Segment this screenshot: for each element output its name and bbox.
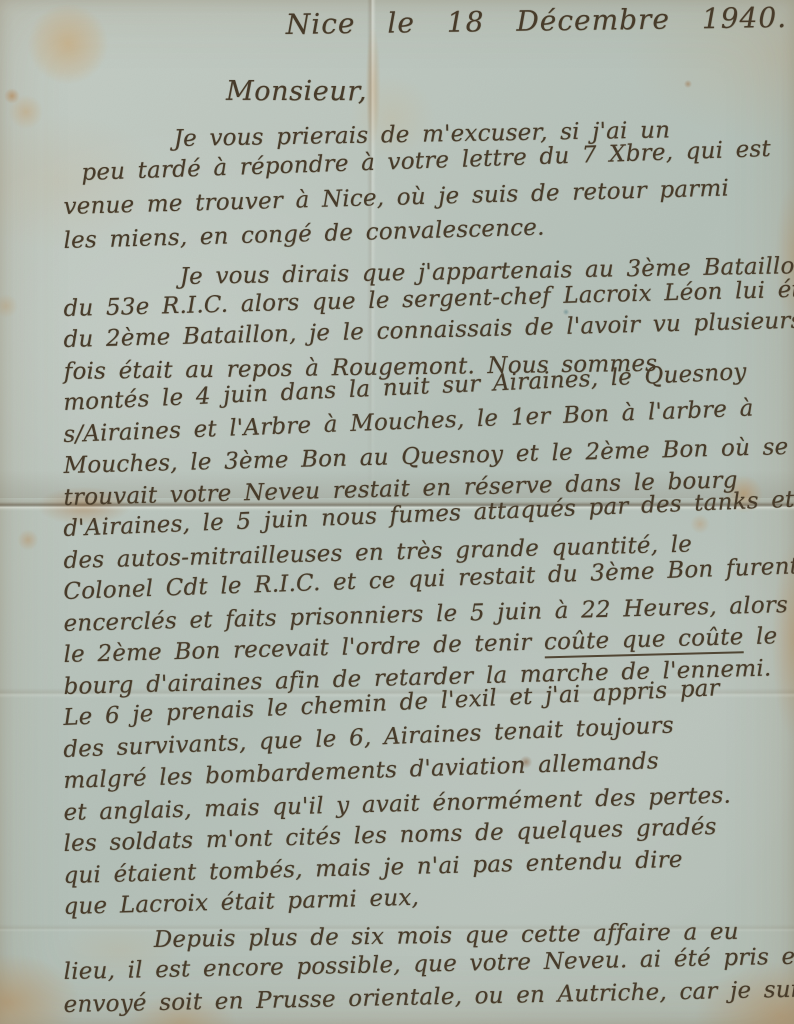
paragraph-2: Je vous dirais que j'appartenais au 3ème… [64,262,794,924]
letter-scan: Nice le 18 Décembre 1940. Monsieur, Je v… [0,0,794,1024]
underlined-phrase: coûte que coûte [544,624,744,658]
paragraph-3: Depuis plus de six mois que cette affair… [64,924,794,1022]
salutation: Monsieur, [226,76,367,107]
line-text-post: le [743,623,778,650]
letter-body: Je vous prierais de m'excuser, si j'ai u… [64,122,794,1021]
date-line: Nice le 18 Décembre 1940. [286,1,788,41]
paragraph-1: Je vous prierais de m'excuser, si j'ai u… [64,122,794,258]
